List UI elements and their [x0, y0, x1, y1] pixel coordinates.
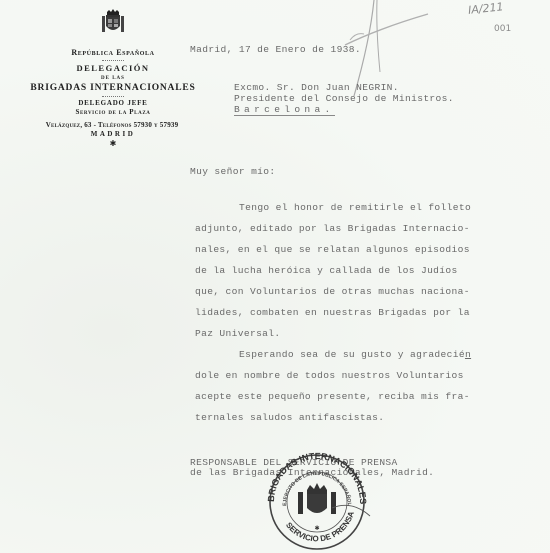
body-underlined-letter: n	[465, 349, 471, 360]
salutation: Muy señor mío:	[190, 166, 276, 177]
recipient-name: Excmo. Sr. Don Juan NEGRIN.	[234, 82, 399, 93]
svg-text:SERVICIO DE PRENSA: SERVICIO DE PRENSA	[284, 510, 356, 543]
letterhead-delegacion: Delegación	[28, 64, 198, 73]
archive-reference: IA/211	[467, 0, 504, 17]
stamp-seal-icon: BRIGADAS INTERNACIONALES EJERCITO DE LA …	[262, 450, 372, 553]
body-line: dole en nombre de todos nuestros Volunta…	[195, 370, 464, 381]
recipient-city: Barcelona.	[234, 104, 335, 116]
letterhead-de-las: de las	[28, 76, 198, 81]
body-line: que, con Voluntarios de otras muchas nac…	[195, 286, 470, 297]
body-line: ternales saludos antifascistas.	[195, 412, 384, 423]
letterhead-republica: República Española	[28, 49, 198, 57]
body-line: de la lucha heróica y callada de los Jud…	[195, 265, 458, 276]
letter-date: Madrid, 17 de Enero de 1938.	[190, 44, 361, 55]
body-line: Esperando sea de su gusto y agradecié	[239, 349, 465, 360]
divider	[102, 60, 124, 61]
body-line: Tengo el honor de remitirle el folleto	[239, 202, 471, 213]
letterhead-city: Madrid	[28, 131, 198, 138]
letterhead-address: Velázquez, 63 - Teléfonos 57930 y 57939	[26, 122, 198, 129]
letter-body: Tengo el honor de remitirle el folleto a…	[195, 197, 471, 428]
stamp-bottom-text: SERVICIO DE PRENSA	[284, 510, 356, 543]
letterhead-brigadas: Brigadas Internacionales	[28, 84, 198, 94]
letterhead-servicio: Servicio de la Plaza	[28, 109, 198, 116]
divider	[102, 96, 124, 97]
recipient-block: Excmo. Sr. Don Juan NEGRIN. Presidente d…	[234, 82, 454, 115]
recipient-title: Presidente del Consejo de Ministros.	[234, 93, 454, 104]
body-line: acepte este pequeño presente, reciba mis…	[195, 391, 470, 402]
body-line: nales, en el que se relatan algunos epis…	[195, 244, 470, 255]
coat-of-arms-icon	[99, 8, 127, 36]
archive-page-number: 001	[494, 24, 511, 34]
body-line: adjunto, editado por las Brigadas Intern…	[195, 223, 470, 234]
document-page: República Española Delegación de las Bri…	[0, 0, 550, 553]
svg-text:✱: ✱	[315, 524, 320, 533]
body-line: lidades, combaten en nuestras Brigadas p…	[195, 307, 470, 318]
letterhead-delegado: Delegado Jefe	[28, 100, 198, 107]
star-icon: ✱	[28, 139, 198, 148]
body-line: Paz Universal.	[195, 328, 281, 339]
letterhead: República Española Delegación de las Bri…	[28, 8, 198, 148]
